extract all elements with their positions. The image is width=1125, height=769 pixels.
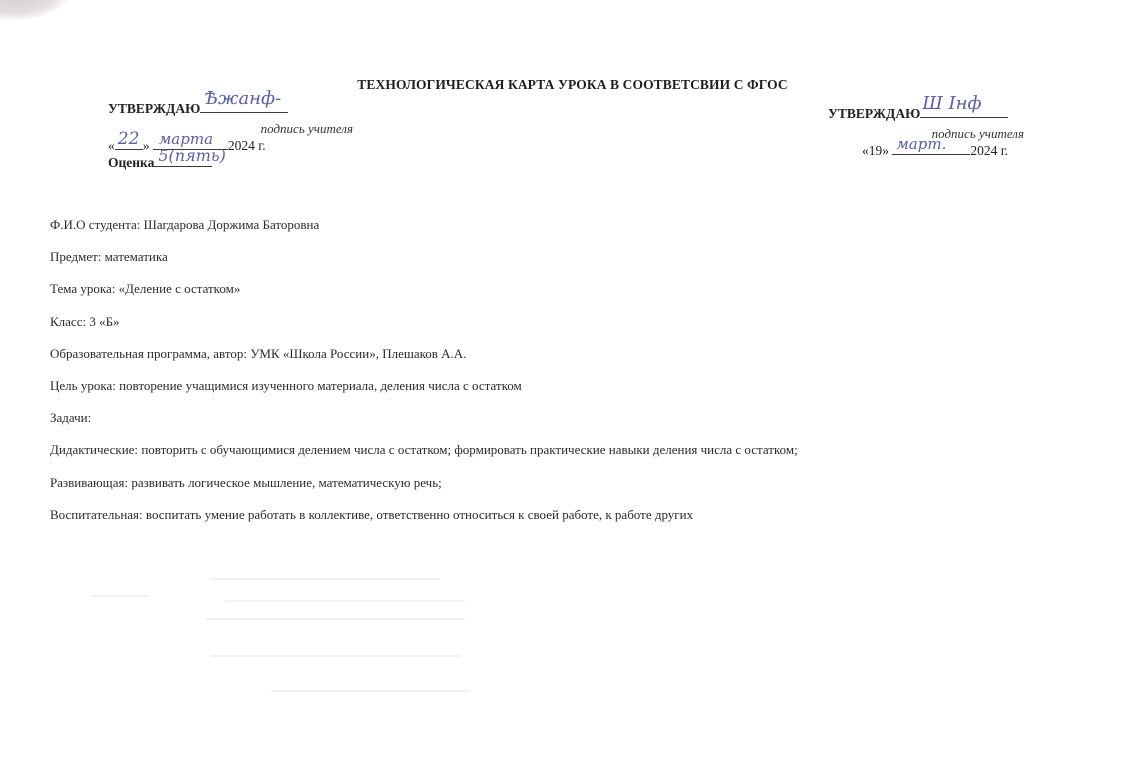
date-day-line: 22	[115, 136, 143, 150]
field-label: Тема урока:	[50, 281, 115, 296]
date-open-quote: «	[108, 138, 115, 153]
field-value: математика	[105, 249, 168, 264]
field-label: Образовательная программа, автор:	[50, 346, 247, 361]
field-label: Ф.И.О студента:	[50, 217, 140, 232]
field-value: УМК «Школа России», Плешаков А.А.	[250, 346, 466, 361]
date-day: 22	[118, 129, 140, 149]
date-month: март.	[896, 135, 946, 153]
field-label: Воспитательная:	[50, 507, 143, 522]
date-year: 2024 г.	[970, 143, 1008, 158]
field-label: Задачи:	[50, 410, 91, 425]
page-corner-shadow	[0, 0, 70, 20]
bleed-through-mark	[270, 690, 470, 692]
date-close-quote: »	[143, 138, 150, 153]
teacher-signature: Ш Інф	[922, 93, 981, 114]
field-educational-task: Воспитательная: воспитать умение работат…	[50, 506, 798, 538]
signature-line: Ѣжанф-	[200, 98, 288, 113]
lesson-info: Ф.И.О студента: Шагдарова Доржима Баторо…	[50, 216, 798, 538]
field-label: Класс:	[50, 314, 86, 329]
approve-label: УТВЕРЖДАЮ	[108, 101, 200, 116]
field-class: Класс: 3 «Б»	[50, 313, 798, 345]
field-student-name: Ф.И.О студента: Шагдарова Доржима Баторо…	[50, 216, 798, 248]
field-value: воспитать умение работать в коллективе, …	[146, 507, 693, 522]
field-tasks-heading: Задачи:	[50, 409, 798, 441]
field-value: 3 «Б»	[89, 314, 119, 329]
field-subject: Предмет: математика	[50, 248, 798, 280]
field-value: развивать логическое мышление, математич…	[131, 475, 441, 490]
field-label: Цель урока:	[50, 378, 116, 393]
approval-block-right: УТВЕРЖДАЮ Ш Інф подпись учителя «19» мар…	[828, 103, 1038, 158]
grade-line: 5(пять)	[154, 153, 212, 167]
bleed-through-mark	[90, 595, 150, 597]
signature-caption: подпись учителя	[108, 121, 353, 136]
bleed-through-mark	[210, 578, 440, 580]
field-label: Развивающая:	[50, 475, 128, 490]
bleed-through-mark	[210, 655, 460, 657]
bleed-through-mark	[225, 600, 465, 602]
approval-block-left: УТВЕРЖДАЮ Ѣжанф- подпись учителя « 22 » …	[108, 98, 368, 171]
grade-label: Оценка	[108, 155, 154, 170]
field-value: повторение учащимися изученного материал…	[119, 378, 522, 393]
date-month-line: март.	[892, 141, 970, 155]
field-program: Образовательная программа, автор: УМК «Ш…	[50, 345, 798, 377]
field-value: Шагдарова Доржима Баторовна	[144, 217, 320, 232]
field-value: повторить с обучающимися делением числа …	[141, 442, 797, 457]
field-label: Предмет:	[50, 249, 101, 264]
bleed-through-mark	[205, 618, 465, 620]
approve-label: УТВЕРЖДАЮ	[828, 106, 920, 121]
field-lesson-goal: Цель урока: повторение учащимися изученн…	[50, 377, 798, 409]
field-label: Дидактические:	[50, 442, 138, 457]
field-didactic-task: Дидактические: повторить с обучающимися …	[50, 441, 798, 473]
field-developing-task: Развивающая: развивать логическое мышлен…	[50, 474, 798, 506]
teacher-signature: Ѣжанф-	[204, 88, 281, 109]
date-day: «19»	[862, 143, 889, 158]
signature-line: Ш Інф	[920, 103, 1008, 118]
date-year: 2024 г.	[228, 138, 266, 153]
grade-value: 5(пять)	[158, 146, 225, 165]
field-lesson-topic: Тема урока: «Деление с остатком»	[50, 280, 798, 312]
field-value: «Деление с остатком»	[119, 281, 241, 296]
document-title: ТЕХНОЛОГИЧЕСКАЯ КАРТА УРОКА В СООТВЕТСВИ…	[0, 77, 1125, 93]
